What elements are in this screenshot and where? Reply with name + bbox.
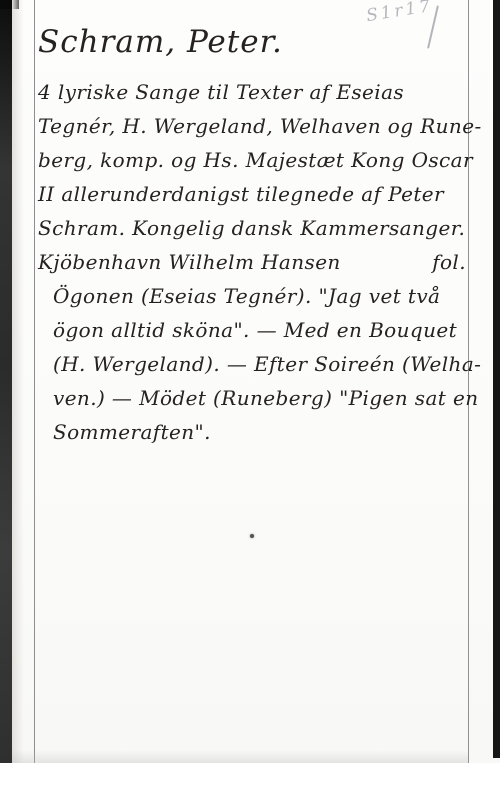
contents-line: ögon alltid sköna". — Med en Bouquet — [53, 313, 466, 347]
entry-description-line: 4 lyriske Sange til Texter af Eseias — [38, 75, 466, 109]
contents-line: Sommeraften". — [53, 415, 466, 449]
contents-note: Ögonen (Eseias Tegnér). "Jag vet två ögo… — [53, 279, 466, 449]
contents-line: ven.) — Mödet (Runeberg) "Pigen sat en — [53, 381, 466, 415]
imprint-format: fol. — [432, 245, 466, 279]
imprint-line: Kjöbenhavn Wilhelm Hansen fol. — [38, 245, 466, 279]
entry-description-line: Tegnér, H. Wergeland, Welhaven og Rune- — [38, 109, 466, 143]
entry-description-line: berg, komp. og Hs. Majestæt Kong Oscar — [38, 143, 466, 177]
scanned-catalog-page: S1r17 Schram, Peter. 4 lyriske Sange til… — [0, 0, 500, 800]
right-page-edge — [493, 0, 500, 758]
catalog-entry: Schram, Peter. 4 lyriske Sange til Texte… — [38, 24, 466, 449]
book-gutter-shadow — [0, 0, 12, 763]
entry-heading: Schram, Peter. — [38, 24, 466, 60]
ink-speck — [250, 534, 254, 538]
contents-line: (H. Wergeland). — Efter Soireén (Welha- — [53, 347, 466, 381]
pencil-shelfmark: S1r17 — [365, 0, 435, 26]
entry-description-line: Schram. Kongelig dansk Kammersanger. — [38, 211, 466, 245]
entry-description-line: II allerunderdanigst tilegnede af Peter — [38, 177, 466, 211]
bottom-edge-shading — [12, 750, 468, 763]
gutter-shading — [12, 0, 24, 763]
contents-line: Ögonen (Eseias Tegnér). "Jag vet två — [53, 279, 466, 313]
imprint-place-publisher: Kjöbenhavn Wilhelm Hansen — [38, 245, 341, 279]
left-margin-rule — [34, 0, 35, 763]
paper-sheet: S1r17 Schram, Peter. 4 lyriske Sange til… — [0, 0, 500, 763]
